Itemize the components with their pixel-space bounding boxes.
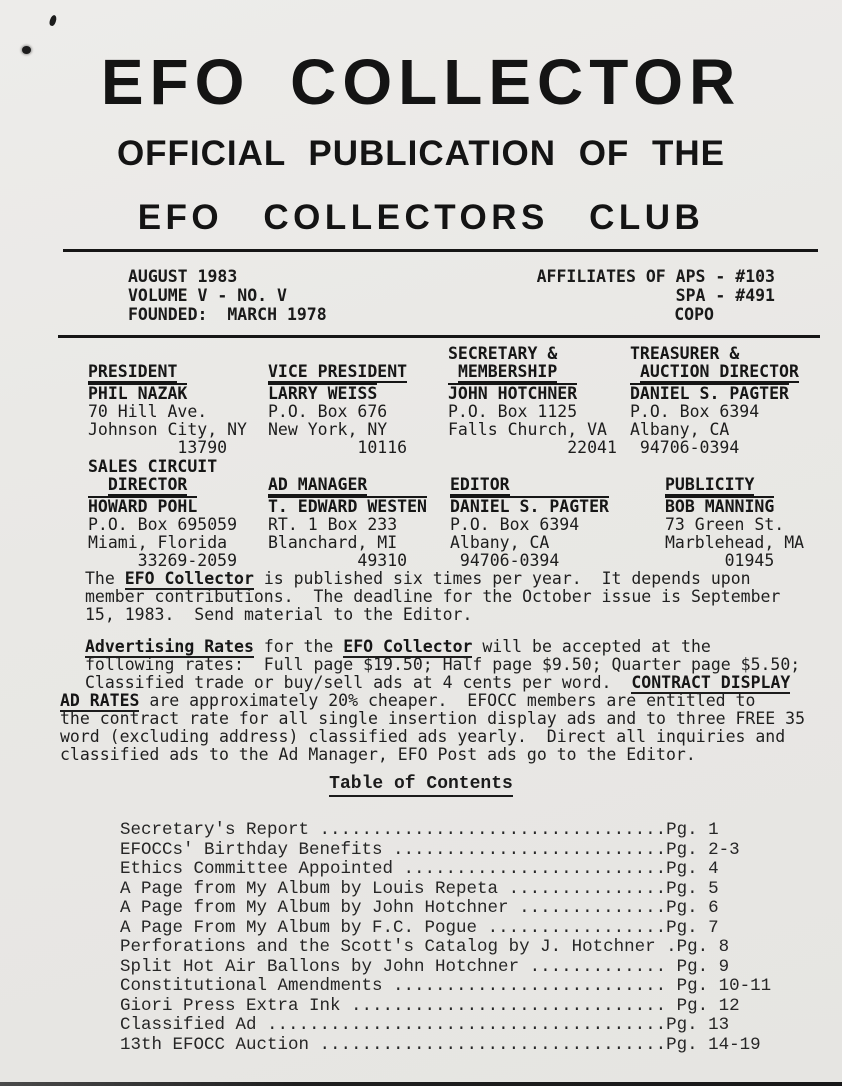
officer-title: PUBLICITY — [665, 476, 804, 496]
toc-entry-title: A Page from My Album by Louis Repeta — [120, 879, 498, 899]
paragraph-line: the contract rate for all single inserti… — [60, 710, 828, 728]
officer-name: JOHN HOTCHNER — [448, 383, 617, 403]
officer-title: AUCTION DIRECTOR — [630, 363, 799, 383]
toc-entry: Perforations and the Scott's Catalog by … — [120, 938, 842, 958]
body-text: The — [85, 569, 125, 588]
officer-card: TREASURER & AUCTION DIRECTORDANIEL S. PA… — [630, 345, 799, 457]
officer-address-line: RT. 1 Box 233 — [268, 516, 427, 534]
toc-entry-title: Secretary's Report — [120, 820, 309, 840]
officer-name: DANIEL S. PAGTER — [630, 383, 799, 403]
toc-entry-page: Pg. 12 — [677, 996, 740, 1016]
toc-entry-title: Giori Press Extra Ink — [120, 996, 341, 1016]
issue-info: AUGUST 1983 VOLUME V - NO. V FOUNDED: MA… — [128, 267, 775, 324]
toc-entry-title: EFOCCs' Birthday Benefits — [120, 840, 383, 860]
officer-title: DIRECTOR — [88, 476, 237, 496]
horizontal-rule — [58, 335, 820, 338]
officer-address-line: 73 Green St. — [665, 516, 804, 534]
toc-entry-title: A Page From My Album by F.C. Pogue — [120, 918, 477, 938]
officer-title-text: PUBLICITY — [665, 476, 754, 496]
toc-entry: 13th EFOCC Auction .....................… — [120, 1036, 842, 1056]
toc-dot-leader: ................. — [477, 918, 666, 938]
officer-card: PRESIDENTPHIL NAZAK70 Hill Ave.Johnson C… — [88, 345, 247, 457]
toc-dot-leader: ................................. — [309, 820, 666, 840]
affiliate-aps: AFFILIATES OF APS - #103 — [537, 267, 775, 286]
officer-name: PHIL NAZAK — [88, 383, 247, 403]
body-text: the contract rate for all single inserti… — [60, 709, 805, 728]
officers-row-2: SALES CIRCUIT DIRECTORHOWARD POHLP.O. Bo… — [0, 458, 842, 562]
body-text: for the — [254, 637, 343, 656]
officer-card: VICE PRESIDENTLARRY WEISSP.O. Box 676New… — [268, 345, 407, 457]
officer-title-text: DIRECTOR — [108, 476, 187, 496]
advertising-rates-paragraph: Advertising Rates for the EFO Collector … — [60, 638, 828, 764]
toc-entry: Constitutional Amendments ..............… — [120, 977, 842, 997]
officer-title-line1 — [665, 458, 804, 476]
officer-address-line: 70 Hill Ave. — [88, 403, 247, 421]
officer-address-line: Miami, Florida — [88, 534, 237, 552]
officer-name-text: DANIEL S. PAGTER — [450, 496, 609, 516]
toc-dot-leader: ................................. — [309, 1035, 666, 1055]
officer-address-line: P.O. Box 1125 — [448, 403, 617, 421]
body-text: member contributions. The deadline for t… — [85, 587, 780, 606]
officer-zip: 94706-0394 — [450, 552, 609, 570]
officer-title-indent — [88, 475, 108, 494]
officer-name-text: BOB MANNING — [665, 496, 774, 516]
officer-title-line1: SALES CIRCUIT — [88, 458, 237, 476]
body-text: classified ads to the Ad Manager, EFO Po… — [60, 745, 696, 764]
officer-title-line1 — [450, 458, 609, 476]
officer-zip: 22041 — [448, 439, 617, 457]
toc-entry-title: Perforations and the Scott's Catalog by … — [120, 937, 656, 957]
officer-title-line1: SECRETARY & — [448, 345, 617, 363]
toc-entry: EFOCCs' Birthday Benefits ..............… — [120, 841, 842, 861]
officer-address-line: Falls Church, VA — [448, 421, 617, 439]
toc-entry-page: Pg. 6 — [666, 898, 719, 918]
toc-entry-page: Pg. 9 — [677, 957, 730, 977]
officer-zip: 49310 — [268, 552, 427, 570]
officer-address-line: Albany, CA — [450, 534, 609, 552]
toc-dot-leader: .......................... — [383, 840, 667, 860]
officer-title: EDITOR — [450, 476, 609, 496]
officer-title-text: MEMBERSHIP — [458, 363, 557, 383]
scanned-newsletter-page: { "title": { "main": "EFO COLLECTOR", "s… — [0, 0, 842, 1086]
officer-name: DANIEL S. PAGTER — [450, 496, 609, 516]
toc-entry-page: Pg. 4 — [666, 859, 719, 879]
toc-entry-page: Pg. 10-11 — [677, 976, 772, 996]
toc-entry-page: Pg. 7 — [666, 918, 719, 938]
officer-zip: 10116 — [268, 439, 407, 457]
toc-entry: A Page from My Album by John Hotchner ..… — [120, 899, 842, 919]
officer-name: HOWARD POHL — [88, 496, 237, 516]
toc-entry-page: Pg. 1 — [666, 820, 719, 840]
ink-speck — [22, 46, 31, 54]
toc-entry-title: Classified Ad — [120, 1015, 257, 1035]
officer-title-text: EDITOR — [450, 476, 510, 496]
paragraph-line: AD RATES are approximately 20% cheaper. … — [60, 692, 828, 710]
officer-address-line: Albany, CA — [630, 421, 799, 439]
toc-entry-title: Constitutional Amendments — [120, 976, 383, 996]
toc-entry-title: Split Hot Air Ballons by John Hotchner — [120, 957, 519, 977]
toc-entry: A Page from My Album by Louis Repeta ...… — [120, 880, 842, 900]
toc-dot-leader: .......................... — [383, 976, 677, 996]
paragraph-line: classified ads to the Ad Manager, EFO Po… — [60, 746, 828, 764]
table-of-contents: Secretary's Report .....................… — [120, 821, 842, 1055]
officer-name-text: DANIEL S. PAGTER — [630, 383, 789, 403]
newsletter-subtitle-line1: OFFICIAL PUBLICATION OF THE — [0, 134, 842, 174]
toc-entry-title: 13th EFOCC Auction — [120, 1035, 309, 1055]
officer-address-line: Blanchard, MI — [268, 534, 427, 552]
officer-zip: 01945 — [665, 552, 804, 570]
toc-entry-page: Pg. 14-19 — [666, 1035, 761, 1055]
toc-dot-leader: ......................... — [393, 859, 666, 879]
officer-title-text: AUCTION DIRECTOR — [640, 363, 799, 383]
officer-address-line: P.O. Box 695059 — [88, 516, 237, 534]
officer-title-line1 — [88, 345, 247, 363]
paragraph-line: The EFO Collector is published six times… — [85, 570, 822, 588]
masthead: EFO COLLECTOR OFFICIAL PUBLICATION OF TH… — [0, 0, 842, 238]
body-text: Classified trade or buy/sell ads at 4 ce… — [85, 673, 631, 692]
officer-zip: 94706-0394 — [630, 439, 799, 457]
officer-address-line: P.O. Box 6394 — [630, 403, 799, 421]
toc-entry: A Page From My Album by F.C. Pogue .....… — [120, 919, 842, 939]
officer-name-text: PHIL NAZAK — [88, 383, 187, 403]
officer-card: SECRETARY & MEMBERSHIPJOHN HOTCHNERP.O. … — [448, 345, 617, 457]
officer-title: AD MANAGER — [268, 476, 427, 496]
officer-name: LARRY WEISS — [268, 383, 407, 403]
scan-bottom-edge — [0, 1082, 842, 1086]
officers-row-1: PRESIDENTPHIL NAZAK70 Hill Ave.Johnson C… — [0, 345, 842, 451]
toc-dot-leader: .............. — [509, 898, 667, 918]
officer-card: PUBLICITYBOB MANNING73 Green St.Marblehe… — [665, 458, 804, 570]
body-text: will be accepted at the — [472, 637, 710, 656]
officer-title: PRESIDENT — [88, 363, 247, 383]
toc-heading: Table of Contents — [0, 774, 842, 797]
officer-title: VICE PRESIDENT — [268, 363, 407, 383]
affiliate-copo: COPO — [537, 305, 775, 324]
toc-dot-leader: .............................. — [341, 996, 677, 1016]
toc-entry: Ethics Committee Appointed .............… — [120, 860, 842, 880]
officer-name: T. EDWARD WESTEN — [268, 496, 427, 516]
toc-entry: Giori Press Extra Ink ..................… — [120, 997, 842, 1017]
toc-dot-leader: ...................................... — [257, 1015, 667, 1035]
toc-entry: Secretary's Report .....................… — [120, 821, 842, 841]
paragraph-line: word (excluding address) classified ads … — [60, 728, 828, 746]
officer-name-text: T. EDWARD WESTEN — [268, 496, 427, 516]
toc-entry: Split Hot Air Ballons by John Hotchner .… — [120, 958, 842, 978]
officer-title-line1 — [268, 345, 407, 363]
toc-entry-title: Ethics Committee Appointed — [120, 859, 393, 879]
body-text: word (excluding address) classified ads … — [60, 727, 785, 746]
toc-entry-page: Pg. 5 — [666, 879, 719, 899]
officer-address-line: New York, NY — [268, 421, 407, 439]
paragraph-line: following rates: Full page $19.50; Half … — [60, 656, 828, 674]
officer-card: SALES CIRCUIT DIRECTORHOWARD POHLP.O. Bo… — [88, 458, 237, 570]
officer-name-text: HOWARD POHL — [88, 496, 197, 516]
paragraph-line: Advertising Rates for the EFO Collector … — [60, 638, 828, 656]
body-text: is published six times per year. It depe… — [254, 569, 751, 588]
officer-name: BOB MANNING — [665, 496, 804, 516]
officer-title-text: VICE PRESIDENT — [268, 363, 407, 383]
body-text: are approximately 20% cheaper. EFOCC mem… — [139, 691, 755, 710]
issue-date: AUGUST 1983 — [128, 267, 327, 286]
officer-address-line: P.O. Box 6394 — [450, 516, 609, 534]
toc-entry-page: Pg. 2-3 — [666, 840, 740, 860]
body-text: following rates: Full page $19.50; Half … — [85, 655, 800, 674]
horizontal-rule — [63, 249, 818, 252]
toc-entry-title: A Page from My Album by John Hotchner — [120, 898, 509, 918]
paragraph-line: member contributions. The deadline for t… — [85, 588, 822, 606]
newsletter-title: EFO COLLECTOR — [0, 50, 842, 114]
issue-volume: VOLUME V - NO. V — [128, 286, 327, 305]
issue-founded: FOUNDED: MARCH 1978 — [128, 305, 327, 324]
officer-title-text: AD MANAGER — [268, 476, 367, 496]
officer-zip: 33269-2059 — [88, 552, 237, 570]
officer-title-indent — [630, 362, 640, 381]
toc-entry: Classified Ad ..........................… — [120, 1016, 842, 1036]
officer-card: AD MANAGERT. EDWARD WESTENRT. 1 Box 233B… — [268, 458, 427, 570]
issue-info-left: AUGUST 1983 VOLUME V - NO. V FOUNDED: MA… — [128, 267, 327, 324]
officer-name-text: LARRY WEISS — [268, 383, 377, 403]
officer-name-text: JOHN HOTCHNER — [448, 383, 577, 403]
toc-dot-leader: ............... — [498, 879, 666, 899]
body-text: 15, 1983. Send material to the Editor. — [85, 605, 472, 624]
affiliate-spa: SPA - #491 — [537, 286, 775, 305]
toc-entry-page: Pg. 8 — [677, 937, 730, 957]
officer-title-line1 — [268, 458, 427, 476]
toc-dot-leader: . — [656, 937, 677, 957]
paragraph-line: Classified trade or buy/sell ads at 4 ce… — [60, 674, 828, 692]
paragraph-line: 15, 1983. Send material to the Editor. — [85, 606, 822, 624]
officer-zip: 13790 — [88, 439, 247, 457]
officer-address-line: Johnson City, NY — [88, 421, 247, 439]
toc-dot-leader: ............. — [519, 957, 677, 977]
publication-paragraph: The EFO Collector is published six times… — [85, 570, 822, 624]
officer-title-indent — [448, 362, 458, 381]
toc-entry-page: Pg. 13 — [666, 1015, 729, 1035]
officer-title: MEMBERSHIP — [448, 363, 617, 383]
officer-address-line: Marblehead, MA — [665, 534, 804, 552]
officer-card: EDITORDANIEL S. PAGTERP.O. Box 6394Alban… — [450, 458, 609, 570]
officer-title-line1: TREASURER & — [630, 345, 799, 363]
newsletter-subtitle-line2: EFO COLLECTORS CLUB — [0, 198, 842, 238]
issue-info-right: AFFILIATES OF APS - #103 SPA - #491 COPO — [537, 267, 775, 324]
officer-title-text: PRESIDENT — [88, 363, 177, 383]
officer-address-line: P.O. Box 676 — [268, 403, 407, 421]
